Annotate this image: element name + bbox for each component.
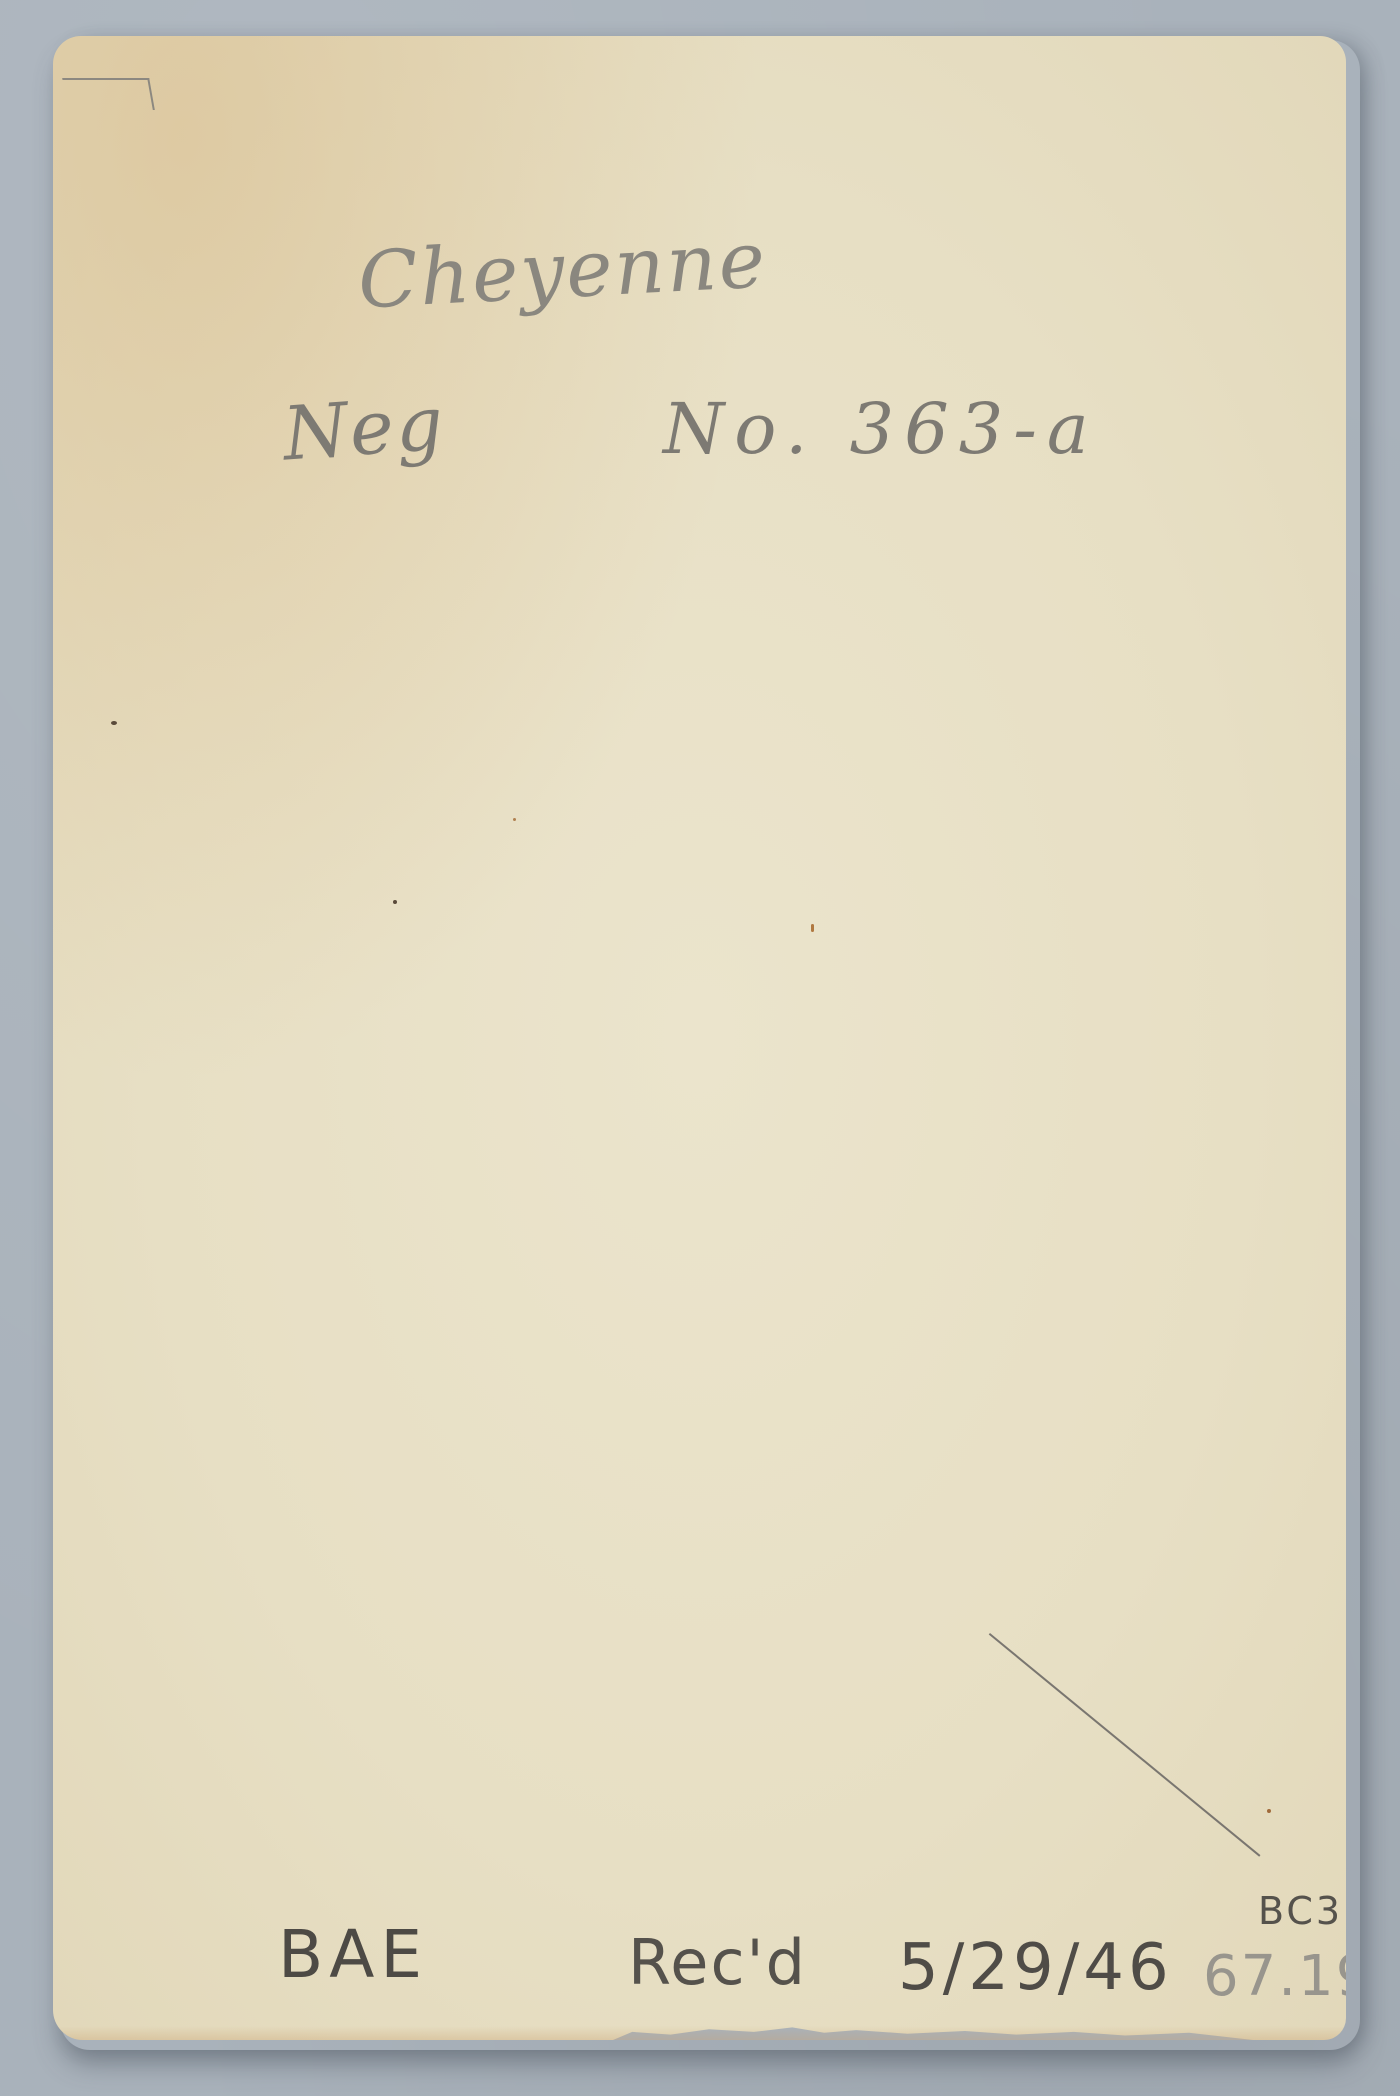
photo-card-verso: Cheyenne Neg No. 363-a BC35 BAE Rec'd 5/…: [53, 36, 1346, 2040]
paper-speck: [111, 721, 117, 725]
paper-speck: [811, 924, 814, 932]
paper-speck: [393, 900, 397, 904]
paper-speck: [1267, 1809, 1271, 1813]
negative-number: No. 363-a: [663, 388, 1099, 470]
tribe-annotation: Cheyenne: [356, 215, 769, 326]
paper-speck: [513, 818, 516, 821]
received-date: 5/29/46: [898, 1931, 1173, 2005]
pencil-diagonal-line: [989, 1633, 1260, 1856]
torn-bottom-edge: [613, 2022, 1253, 2040]
received-label: Rec'd: [628, 1926, 807, 1999]
corner-pencil-mark: [62, 78, 155, 110]
box-code: BC35: [1258, 1889, 1346, 1933]
collection-stamp: BAE: [278, 1916, 428, 1993]
accession-number: 67.1907: [1203, 1944, 1346, 2009]
negative-label: Neg: [280, 380, 448, 477]
